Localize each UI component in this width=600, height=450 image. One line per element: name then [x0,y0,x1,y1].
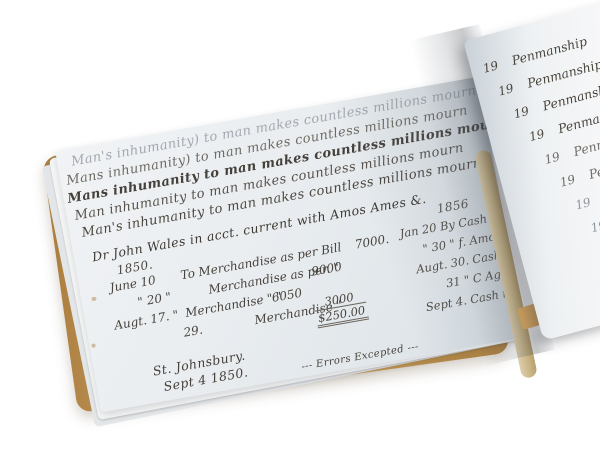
margin-number: 19 [589,214,600,235]
ledger-amount: 9000 [310,259,343,278]
stain-spot [91,296,97,301]
ledger-entry: To Merchandise as per Bill [179,240,342,282]
account-heading: Dr John Wales in acct. current with Amos… [91,191,427,265]
ledger-year: 1850. [116,257,154,277]
photo-scene: Man's inhumanity) to man makes countless… [0,0,600,450]
ledger-date: Augt. 17. " [113,306,186,332]
ledger-total: 3000 $250.00 [312,288,368,328]
ledger-amount: 3000 [312,288,365,312]
ledger-row: 29.Merchandise " [183,298,344,340]
ledger-amount: 7000. [354,232,390,252]
ledger-total-value: $250.00 [315,303,369,329]
ledger-entry: Merchandise " " [184,289,283,320]
ledger-row: " 20 "Merchandise as per. "9000 [137,259,343,309]
margin-number: 19 [574,191,600,212]
practice-line: Man inhumanity to man makes countless mi… [74,141,465,224]
ledger-amount: 6050 [271,286,304,305]
place-name: St. Johnsbury. [152,348,247,379]
margin-number: 19 [512,100,545,121]
ledger-date: 29. [183,313,256,339]
margin-number: 19 [543,146,576,167]
margin-number: 19 [558,168,591,189]
margin-number: 19 [481,54,514,75]
practice-line: Mans inhumanity) to man makes countless … [65,103,469,188]
stain-spot [91,343,96,348]
practice-line: Man's inhumanity) to man makes countless… [70,83,478,169]
ledger-date: June 10 [109,269,182,295]
practice-line: Man's inhumanity to man makes countless … [81,156,483,241]
margin-number: 19 [497,77,530,98]
ledger-entry: Merchandise " [253,298,343,327]
ledger-date: " 20 " [137,283,210,309]
ledger-row: June 10To Merchandise as per Bill7000. [109,232,390,295]
ledger-row: Augt. 17. "Merchandise " "6050 [113,286,303,333]
ledger-entry: Merchandise as per. " [207,260,340,297]
margin-number: 19 [528,123,561,144]
